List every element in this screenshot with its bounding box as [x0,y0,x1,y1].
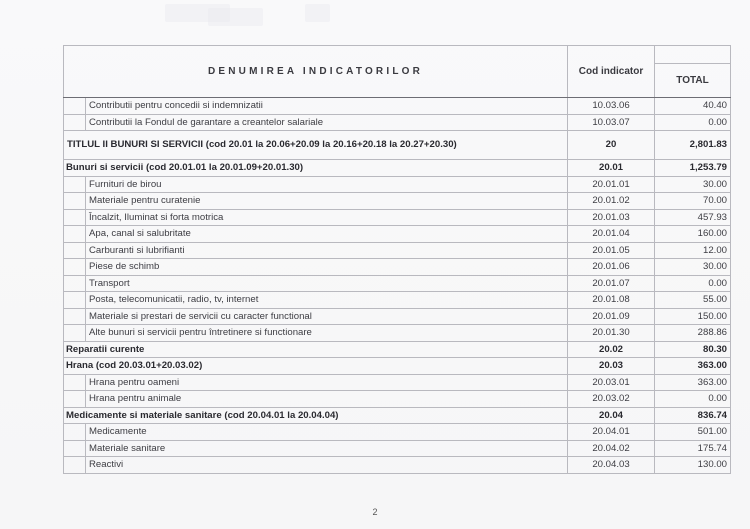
indent-cell [64,275,86,292]
indicator-code: 10.03.06 [568,98,655,115]
indicator-name: Reactivi [86,457,568,474]
column-header-indicator-name: DENUMIREA INDICATORILOR [64,46,568,98]
table-row: Bunuri si servicii (cod 20.01.01 la 20.0… [64,160,731,177]
table-row: Furnituri de birou20.01.0130.00 [64,176,731,193]
indicator-name: Carburanti si lubrifianti [86,242,568,259]
indicator-code: 20.01.30 [568,325,655,342]
indicator-code: 20.01 [568,160,655,177]
indicator-code: 10.03.07 [568,114,655,131]
indicator-total: 160.00 [655,226,731,243]
table-row: Materiale pentru curatenie20.01.0270.00 [64,193,731,210]
indicator-name: Apa, canal si salubritate [86,226,568,243]
indicator-name: Materiale sanitare [86,440,568,457]
table-row: Hrana (cod 20.03.01+20.03.02)20.03363.00 [64,358,731,375]
indicator-code: 20.04.01 [568,424,655,441]
indent-cell [64,292,86,309]
indicator-total: 836.74 [655,407,731,424]
indicator-total: 501.00 [655,424,731,441]
indicator-code: 20.01.03 [568,209,655,226]
table-row: Hrana pentru animale20.03.020.00 [64,391,731,408]
indicator-code: 20.01.07 [568,275,655,292]
indicator-code: 20.03.02 [568,391,655,408]
indicator-total: 288.86 [655,325,731,342]
scan-bleed-mark [305,4,330,22]
scanned-page: DENUMIREA INDICATORILOR Cod indicator TO… [0,0,750,529]
table-row: TITLUL II BUNURI SI SERVICII (cod 20.01 … [64,131,731,160]
indicator-total: 150.00 [655,308,731,325]
indicator-name: Medicamente [86,424,568,441]
column-header-code: Cod indicator [568,46,655,98]
indicator-name: Materiale si prestari de servicii cu car… [86,308,568,325]
indicator-total: 70.00 [655,193,731,210]
table-row: Apa, canal si salubritate20.01.04160.00 [64,226,731,243]
indicator-code: 20 [568,131,655,160]
table-row: Materiale si prestari de servicii cu car… [64,308,731,325]
group-heading: Medicamente si materiale sanitare (cod 2… [64,407,568,424]
indicator-name: Contributii pentru concedii si indemniza… [86,98,568,115]
indicator-total: 80.30 [655,341,731,358]
table-row: Contributii la Fondul de garantare a cre… [64,114,731,131]
indicator-name: Transport [86,275,568,292]
indicator-total: 2,801.83 [655,131,731,160]
indicator-code: 20.01.01 [568,176,655,193]
table-row: Medicamente20.04.01501.00 [64,424,731,441]
indent-cell [64,176,86,193]
indicator-code: 20.01.04 [568,226,655,243]
indicator-name: Piese de schimb [86,259,568,276]
indicator-name: Hrana pentru animale [86,391,568,408]
indent-cell [64,308,86,325]
indent-cell [64,440,86,457]
indicator-name: Contributii la Fondul de garantare a cre… [86,114,568,131]
indicator-name: Hrana pentru oameni [86,374,568,391]
indicator-code: 20.03 [568,358,655,375]
table-row: Materiale sanitare20.04.02175.74 [64,440,731,457]
indicator-total: 363.00 [655,374,731,391]
indicator-total: 0.00 [655,391,731,408]
table-row: Posta, telecomunicatii, radio, tv, inter… [64,292,731,309]
indicator-name: Furnituri de birou [86,176,568,193]
indicator-total: 30.00 [655,176,731,193]
indicator-total: 30.00 [655,259,731,276]
group-heading: Reparatii curente [64,341,568,358]
indent-cell [64,114,86,131]
indicator-total: 0.00 [655,275,731,292]
indicator-total: 457.93 [655,209,731,226]
indicator-total: 175.74 [655,440,731,457]
indicator-name: Alte bunuri si servicii pentru întretine… [86,325,568,342]
table-row: Piese de schimb20.01.0630.00 [64,259,731,276]
table-row: Transport20.01.070.00 [64,275,731,292]
indicator-code: 20.01.05 [568,242,655,259]
indent-cell [64,193,86,210]
budget-indicators-table: DENUMIREA INDICATORILOR Cod indicator TO… [63,45,731,474]
indicator-name: Materiale pentru curatenie [86,193,568,210]
indicator-total: 40.40 [655,98,731,115]
scan-bleed-mark [208,8,263,26]
indent-cell [64,259,86,276]
column-header-total-top [655,46,731,64]
column-header-total: TOTAL [655,64,731,98]
title-heading: TITLUL II BUNURI SI SERVICII (cod 20.01 … [64,131,568,160]
indicator-code: 20.04.03 [568,457,655,474]
indicator-total: 363.00 [655,358,731,375]
indicator-total: 1,253.79 [655,160,731,177]
indicator-name: Posta, telecomunicatii, radio, tv, inter… [86,292,568,309]
table-row: Medicamente si materiale sanitare (cod 2… [64,407,731,424]
indent-cell [64,424,86,441]
table-row: Hrana pentru oameni20.03.01363.00 [64,374,731,391]
indent-cell [64,391,86,408]
indent-cell [64,457,86,474]
group-heading: Hrana (cod 20.03.01+20.03.02) [64,358,568,375]
indent-cell [64,98,86,115]
table-row: Încalzit, Iluminat si forta motrica20.01… [64,209,731,226]
indicator-code: 20.04.02 [568,440,655,457]
group-heading: Bunuri si servicii (cod 20.01.01 la 20.0… [64,160,568,177]
table-body: Contributii pentru concedii si indemniza… [64,98,731,474]
indicator-name: Încalzit, Iluminat si forta motrica [86,209,568,226]
table-row: Reparatii curente20.0280.30 [64,341,731,358]
indicator-code: 20.01.06 [568,259,655,276]
table-row: Contributii pentru concedii si indemniza… [64,98,731,115]
indicator-code: 20.01.02 [568,193,655,210]
table-row: Alte bunuri si servicii pentru întretine… [64,325,731,342]
indicator-code: 20.04 [568,407,655,424]
indicator-code: 20.01.08 [568,292,655,309]
indicator-total: 55.00 [655,292,731,309]
indicator-total: 0.00 [655,114,731,131]
table-row: Reactivi20.04.03130.00 [64,457,731,474]
indent-cell [64,374,86,391]
indicator-total: 130.00 [655,457,731,474]
indent-cell [64,226,86,243]
indicator-total: 12.00 [655,242,731,259]
indicator-code: 20.02 [568,341,655,358]
indicator-code: 20.01.09 [568,308,655,325]
indicator-code: 20.03.01 [568,374,655,391]
page-number: 2 [0,507,750,517]
indent-cell [64,325,86,342]
table-row: Carburanti si lubrifianti20.01.0512.00 [64,242,731,259]
indent-cell [64,209,86,226]
indent-cell [64,242,86,259]
